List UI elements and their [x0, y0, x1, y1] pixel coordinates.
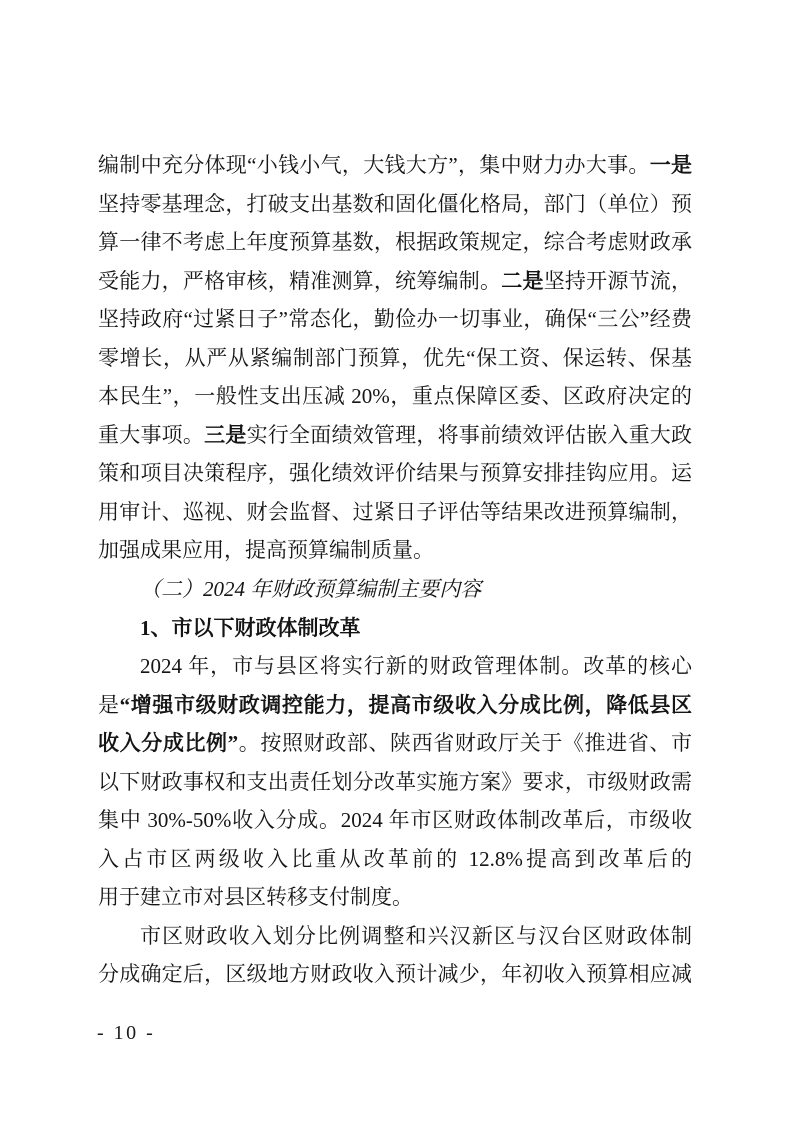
text-run: 分成确定后，区级地方财政收入预计减少，年初收入预算相应减 [98, 962, 692, 986]
text-line: 坚持零基理念，打破支出基数和固化僵化格局，部门（单位）预 [98, 185, 692, 224]
text-run: 用于建立市对县区转移支付制度。 [98, 885, 413, 909]
bold-text-run: “增强市级财政调控能力，提高市级收入分成比例，降低县区 [120, 693, 692, 717]
document-page: 编制中充分体现“小钱小气，大钱大方”，集中财力办大事。一是坚持零基理念，打破支出… [0, 0, 793, 1122]
text-run: 重大事项。 [98, 423, 204, 447]
text-line: 受能力，严格审核，精准测算，统筹编制。二是坚持开源节流， [98, 262, 692, 301]
text-line: 本民生”，一般性支出压减 20%，重点保障区委、区政府决定的 [98, 377, 692, 416]
text-line: 分成确定后，区级地方财政收入预计减少，年初收入预算相应减 [98, 955, 692, 994]
bold-text-run: 收入分成比例” [98, 731, 238, 755]
bold-text-run: 三是 [204, 423, 246, 447]
text-line: 1、市以下财政体制改革 [98, 609, 692, 648]
text-run: 策和项目决策程序，强化绩效评价结果与预算安排挂钩应用。运 [98, 461, 692, 485]
text-line: 收入分成比例”。按照财政部、陕西省财政厅关于《推进省、市 [98, 724, 692, 763]
text-run: 集中 30%-50%收入分成。2024 年市区财政体制改革后，市级收 [98, 808, 692, 832]
text-run: 2024 年，市与县区将实行新的财政管理体制。改革的核心 [140, 654, 692, 678]
text-run: 受能力，严格审核，精准测算，统筹编制。 [98, 269, 501, 293]
text-run: 本民生”，一般性支出压减 20%，重点保障区委、区政府决定的 [98, 384, 692, 408]
text-run: 零增长，从严从紧编制部门预算，优先“保工资、保运转、保基 [98, 346, 692, 370]
text-run: 是 [98, 693, 120, 717]
text-run: 入占市区两级收入比重从改革前的 12.8%提高到改革后的 29.5%， [98, 847, 692, 879]
text-line: 零增长，从严从紧编制部门预算，优先“保工资、保运转、保基 [98, 339, 692, 378]
bold-text-run: 二是 [501, 269, 543, 293]
text-line: 市区财政收入划分比例调整和兴汉新区与汉台区财政体制 [98, 917, 692, 956]
text-run: 市区财政收入划分比例调整和兴汉新区与汉台区财政体制 [140, 924, 692, 948]
text-line: 用审计、巡视、财会监督、过紧日子评估等结果改进预算编制， [98, 493, 692, 532]
text-run: 加强成果应用，提高预算编制质量。 [98, 538, 434, 562]
text-run: 用审计、巡视、财会监督、过紧日子评估等结果改进预算编制， [98, 500, 692, 524]
text-line: 坚持政府“过紧日子”常态化，勤俭办一切事业，确保“三公”经费 [98, 300, 692, 339]
text-line: 入占市区两级收入比重从改革前的 12.8%提高到改革后的 29.5%， [98, 840, 692, 879]
text-block: 编制中充分体现“小钱小气，大钱大方”，集中财力办大事。一是坚持零基理念，打破支出… [98, 146, 692, 994]
text-line: 集中 30%-50%收入分成。2024 年市区财政体制改革后，市级收 [98, 801, 692, 840]
text-run: 坚持零基理念，打破支出基数和固化僵化格局，部门（单位）预 [98, 192, 692, 216]
text-line: 算一律不考虑上年度预算基数，根据政策规定，综合考虑财政承 [98, 223, 692, 262]
bold-text-run: 1、市以下财政体制改革 [140, 616, 361, 640]
text-run: 以下财政事权和支出责任划分改革实施方案》要求，市级财政需 [98, 770, 692, 794]
bold-text-run: 一是 [650, 153, 692, 177]
text-line: 2024 年，市与县区将实行新的财政管理体制。改革的核心 [98, 647, 692, 686]
text-run: 实行全面绩效管理，将事前绩效评估嵌入重大政 [247, 423, 692, 447]
text-line: 加强成果应用，提高预算编制质量。 [98, 531, 692, 570]
text-line: 是“增强市级财政调控能力，提高市级收入分成比例，降低县区 [98, 686, 692, 725]
text-run: 坚持开源节流， [544, 269, 692, 293]
page-number: - 10 - [97, 1022, 155, 1044]
text-line: （二）2024 年财政预算编制主要内容 [98, 570, 692, 609]
text-line: 用于建立市对县区转移支付制度。 [98, 878, 692, 917]
text-run: 编制中充分体现“小钱小气，大钱大方”，集中财力办大事。 [98, 153, 650, 177]
text-line: 编制中充分体现“小钱小气，大钱大方”，集中财力办大事。一是 [98, 146, 692, 185]
text-line: 重大事项。三是实行全面绩效管理，将事前绩效评估嵌入重大政 [98, 416, 692, 455]
text-run: 。按照财政部、陕西省财政厅关于《推进省、市 [238, 731, 692, 755]
text-line: 以下财政事权和支出责任划分改革实施方案》要求，市级财政需 [98, 763, 692, 802]
kaiti-text-run: （二）2024 年财政预算编制主要内容 [140, 577, 481, 601]
text-run: 算一律不考虑上年度预算基数，根据政策规定，综合考虑财政承 [98, 230, 692, 254]
text-line: 策和项目决策程序，强化绩效评价结果与预算安排挂钩应用。运 [98, 454, 692, 493]
page-footer: - 10 - [97, 1022, 155, 1044]
text-run: 坚持政府“过紧日子”常态化，勤俭办一切事业，确保“三公”经费 [98, 307, 692, 331]
